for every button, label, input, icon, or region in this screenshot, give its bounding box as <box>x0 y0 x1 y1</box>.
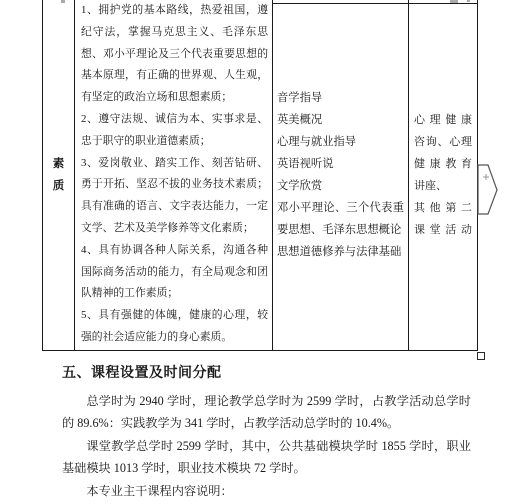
table-cell-quality-items: 1、拥护党的基本路线，热爱祖国，遵纪守法，掌握马克思主义、毛泽东思想、邓小平理论… <box>75 0 273 350</box>
course-item: 文学欣赏 <box>277 175 404 197</box>
second-classroom-line: 心理健康 <box>414 109 472 131</box>
table-cell-row-header: 素质 <box>43 0 75 350</box>
course-item: 邓小平理论、三个代表重要思想、毛泽东思想概论 <box>277 197 404 241</box>
table-top-border-segment <box>272 3 478 5</box>
quality-item: 5、具有强健的体魄，健康的心理，较强的社会适应能力的身心素质。 <box>81 305 268 349</box>
second-classroom-line: 课堂活动 <box>414 219 472 241</box>
course-item: 思想道德修养与法律基础 <box>277 241 404 263</box>
second-classroom-line: 其他第二 <box>414 197 472 219</box>
quality-item: 1、拥护党的基本路线，热爱祖国，遵纪守法，掌握马克思主义、毛泽东思想、邓小平理论… <box>81 0 268 109</box>
section-heading: 五、课程设置及时间分配 <box>62 362 222 382</box>
body-paragraphs: 总学时为 2940 学时，理论教学总学时为 2599 学时，占教学活动总学时的 … <box>62 390 471 502</box>
course-item: 音学指导 <box>277 87 404 109</box>
quality-item: 3、爱岗敬业、踏实工作、刻苦钻研、勇于开拓、坚忍不拔的业务技术素质；具有准确的语… <box>81 153 268 240</box>
paragraph-total-hours: 总学时为 2940 学时，理论教学总学时为 2599 学时，占教学活动总学时的 … <box>62 390 471 435</box>
quality-item: 4、具有协调各种人际关系，沟通各种国际商务活动的能力，有全局观念和团队精神的工作… <box>81 240 268 305</box>
paragraph-course-description-intro: 本专业主干课程内容说明： <box>62 480 471 502</box>
row-header-label: 素质 <box>52 153 65 197</box>
second-classroom-line: 健康教育 <box>414 153 472 175</box>
table-cell-second-classroom: 心理健康 咨询、心理 健康教育 讲座、 其他第二 课堂活动 <box>409 0 478 350</box>
table-cell-courses: 音学指导 英美概况 心理与就业指导 英语视听说 文学欣赏 邓小平理论、三个代表重… <box>273 0 409 350</box>
course-item: 心理与就业指导 <box>277 131 404 153</box>
quality-requirements-table: 素质 1、拥护党的基本路线，热爱祖国，遵纪守法，掌握马克思主义、毛泽东思想、邓小… <box>42 0 478 351</box>
pentagon-arrow-shape[interactable] <box>477 164 499 216</box>
second-classroom-line: 咨询、心理 <box>414 131 472 153</box>
second-classroom-line: 讲座、 <box>414 175 472 197</box>
table-resize-handle[interactable] <box>477 352 485 360</box>
word-document-page: 素质 1、拥护党的基本路线，热爱祖国，遵纪守法，掌握马克思主义、毛泽东思想、邓小… <box>0 0 529 504</box>
course-item: 英美概况 <box>277 109 404 131</box>
quality-item: 2、遵守法规、诚信为本、实事求是、忠于职守的职业道德素质； <box>81 109 268 153</box>
paragraph-classroom-hours: 课堂教学总学时 2599 学时，其中，公共基础模块学时 1855 学时，职业基础… <box>62 435 471 480</box>
course-item: 英语视听说 <box>277 153 404 175</box>
